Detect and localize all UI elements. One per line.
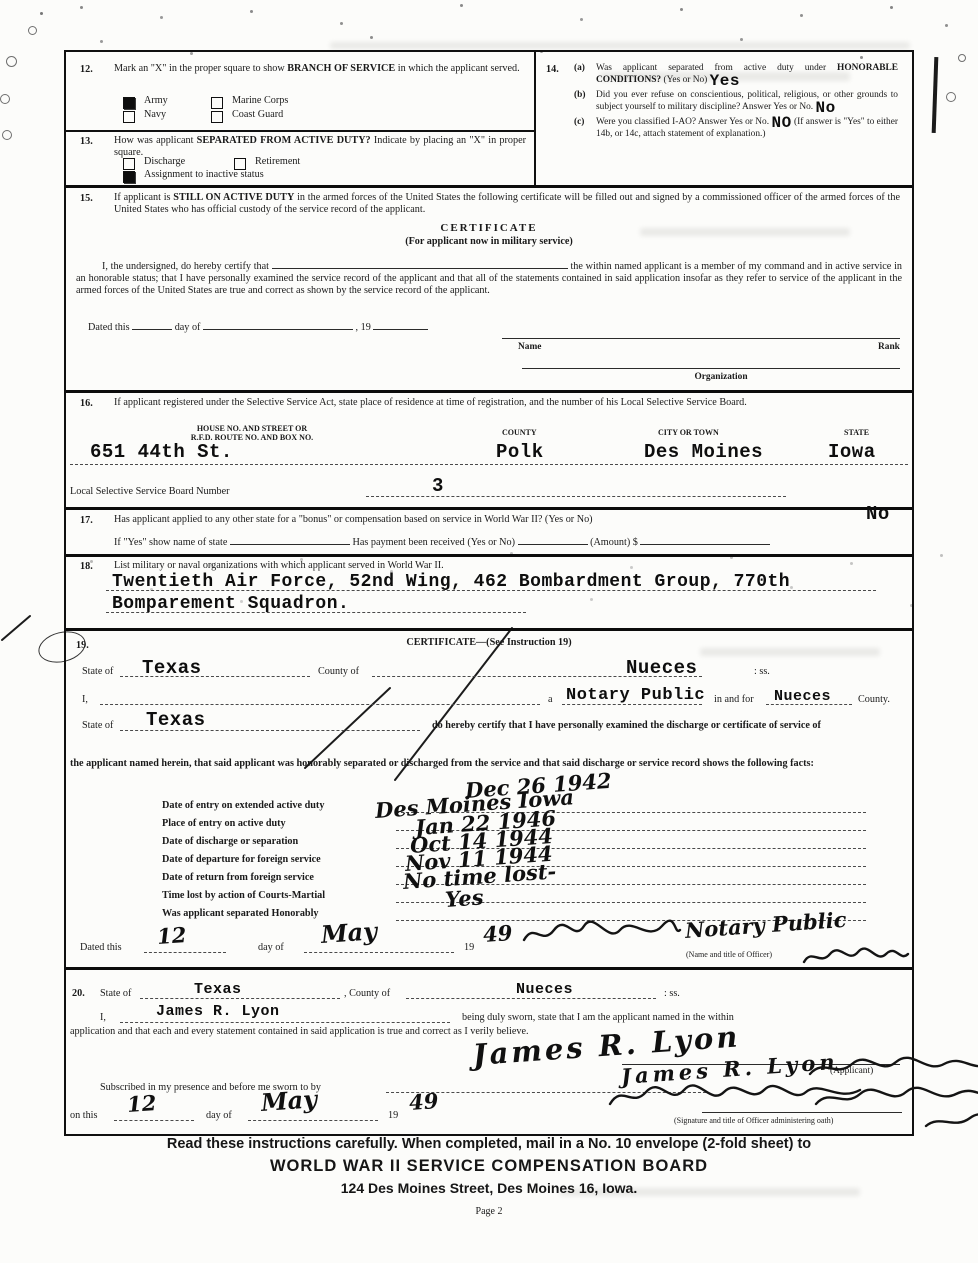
address-fill-line[interactable]: [70, 454, 908, 465]
q14-block: (a) Was applicant separated from active …: [574, 63, 898, 140]
q18-fill-line1[interactable]: [106, 588, 876, 591]
section-rule: [66, 967, 912, 970]
blank-state-name[interactable]: [230, 535, 350, 545]
q19-dated-month-line[interactable]: [304, 936, 454, 953]
q17-number: 17.: [80, 515, 93, 527]
name-rank-line[interactable]: [502, 328, 900, 339]
section-rule: [66, 628, 912, 631]
q19-title: CERTIFICATE—(See Instruction 19): [66, 637, 912, 649]
q20-on-this: on this: [70, 1110, 97, 1122]
footer-instruction: Read these instructions carefully. When …: [0, 1136, 978, 1152]
checkbox-navy[interactable]: [123, 111, 135, 123]
blank-month[interactable]: [203, 320, 353, 330]
footer-board-name: WORLD WAR II SERVICE COMPENSATION BOARD: [0, 1157, 978, 1176]
checkbox-discharge[interactable]: [123, 158, 135, 170]
q15-text: If applicant is STILL ON ACTIVE DUTY in …: [114, 192, 900, 216]
q15-number: 15.: [80, 193, 93, 205]
officer-name-title-label: (Name and title of Officer): [686, 950, 772, 959]
q20-county-label: , County of: [344, 988, 390, 1000]
q14-number: 14.: [546, 64, 559, 76]
q20-month-line[interactable]: [248, 1104, 378, 1121]
board-number-label: Local Selective Service Board Number: [70, 486, 230, 498]
section-rule: [66, 507, 912, 510]
q20-day-of: day of: [206, 1110, 232, 1122]
organization-label: Organization: [646, 372, 796, 384]
fact-label: Date of entry on extended active duty: [162, 800, 324, 812]
q20-sworn1: being duly sworn, state that I am the ap…: [462, 1012, 902, 1024]
section-rule: [66, 554, 912, 557]
checkbox-marine-corps-label: Marine Corps: [232, 95, 288, 107]
col-header-county: COUNTY: [502, 428, 537, 437]
q19-dated-year-pre: 19: [464, 942, 474, 954]
checkbox-army[interactable]: [123, 97, 135, 109]
q17-line2: If "Yes" show name of state Has payment …: [114, 535, 770, 549]
q19-dated-day-line[interactable]: [144, 936, 226, 953]
q20-state-value: Texas: [194, 982, 242, 998]
q20-ss: : ss.: [664, 988, 680, 1000]
blank-payment-received[interactable]: [518, 535, 588, 545]
q19-dated-year-hand: 49: [482, 920, 513, 947]
q19-state-value: Texas: [142, 658, 202, 678]
q19-ss: : ss.: [754, 666, 770, 678]
q18-fill-line2[interactable]: [106, 610, 526, 613]
blank-day[interactable]: [132, 320, 172, 330]
q19-state2-value: Texas: [146, 710, 206, 730]
q19-notary-name-line[interactable]: [100, 688, 540, 705]
board-number-value: 3: [432, 476, 444, 496]
q19-officer-type-line[interactable]: [562, 688, 702, 705]
checkbox-coast-guard-label: Coast Guard: [232, 109, 283, 121]
fact-label: Time lost by action of Courts-Martial: [162, 890, 325, 902]
checkbox-army-label: Army: [144, 95, 168, 107]
q14b-answer: No: [816, 99, 836, 117]
q16-text: If applicant registered under the Select…: [114, 397, 900, 409]
col-header-city: CITY OR TOWN: [658, 428, 719, 437]
q14c-answer: NO: [771, 114, 791, 132]
certify-paragraph: I, the undersigned, do hereby certify th…: [76, 259, 902, 297]
q13-number: 13.: [80, 136, 93, 148]
fact-value-handwritten: Yes: [444, 884, 484, 912]
q19-paragraph: the applicant named herein, that said ap…: [70, 758, 906, 770]
footer-address: 124 Des Moines Street, Des Moines 16, Io…: [0, 1180, 978, 1196]
section-rule: [66, 390, 912, 393]
checkbox-inactive-status-label: Assignment to inactive status: [144, 169, 264, 181]
scanned-form-page: 12. Mark an "X" in the proper square to …: [0, 0, 978, 1263]
certificate-subtitle: (For applicant now in military service): [66, 236, 912, 248]
officer-oath-label: (Signature and title of Officer administ…: [674, 1116, 833, 1125]
name-label: Name: [518, 342, 541, 354]
checkbox-retirement-label: Retirement: [255, 156, 300, 168]
q16-number: 16.: [80, 398, 93, 410]
certificate-title: CERTIFICATE: [66, 222, 912, 235]
checkbox-navy-label: Navy: [144, 109, 166, 121]
q20-state-label: State of: [100, 988, 131, 1000]
q20-year-hand: 49: [408, 1088, 439, 1115]
q20-year-pre: 19: [388, 1110, 398, 1122]
q14b: (b) Did you ever refuse on conscientious…: [574, 90, 898, 113]
q17-text: Has applicant applied to any other state…: [114, 514, 854, 526]
q12-text: Mark an "X" in the proper square to show…: [114, 63, 526, 75]
organization-line[interactable]: [522, 358, 900, 369]
checkbox-inactive-status[interactable]: [123, 171, 135, 183]
checkbox-marine-corps[interactable]: [211, 97, 223, 109]
fact-label: Was applicant separated Honorably: [162, 908, 319, 920]
col-header-address: HOUSE NO. AND STREET OR R.F.D. ROUTE NO.…: [122, 424, 382, 442]
q12-q13-rule: [66, 130, 534, 132]
q20-name-typed: James R. Lyon: [156, 1004, 280, 1020]
officer-signature-scribble: [522, 916, 682, 950]
section-rule: [66, 185, 912, 188]
q20-day-line[interactable]: [114, 1104, 194, 1121]
q18-label: List military or naval organizations wit…: [114, 560, 894, 572]
checkbox-coast-guard[interactable]: [211, 111, 223, 123]
q20-number: 20.: [72, 988, 85, 1000]
q19-county-value: Nueces: [626, 658, 697, 678]
fact-label: Date of departure for foreign service: [162, 854, 321, 866]
q19-county2-line[interactable]: [766, 688, 852, 705]
q15-dated-line: Dated this day of , 19: [88, 320, 428, 334]
q19-a-label: a: [548, 694, 553, 706]
q19-i-label: I,: [82, 694, 88, 706]
board-number-line[interactable]: [366, 480, 786, 497]
q12-number: 12.: [80, 64, 93, 76]
q19-county-word: County.: [858, 694, 890, 706]
blank-year[interactable]: [373, 320, 428, 330]
q17-answer: No: [866, 504, 890, 524]
blank-amount[interactable]: [640, 535, 770, 545]
form-body: 12. Mark an "X" in the proper square to …: [64, 50, 914, 1136]
q19-state2-label: State of: [82, 720, 113, 732]
q19-dated-mid: day of: [258, 942, 284, 954]
q19-in-and-for: in and for: [714, 694, 754, 706]
fact-label: Date of return from foreign service: [162, 872, 314, 884]
q14c: (c) Were you classified I-AO? Answer Yes…: [574, 117, 898, 140]
q14a: (a) Was applicant separated from active …: [574, 63, 898, 86]
q20-i-label: I,: [100, 1012, 106, 1024]
fact-label: Date of discharge or separation: [162, 836, 298, 848]
col-header-state: STATE: [844, 428, 869, 437]
q14a-answer: Yes: [710, 72, 740, 90]
q20-county-value: Nueces: [516, 982, 573, 998]
q19-dated-pre: Dated this: [80, 942, 122, 954]
q19-county-label: County of: [318, 666, 359, 678]
blank-applicant-name[interactable]: [272, 259, 568, 269]
page-number: Page 2: [0, 1206, 978, 1217]
q19-certify-text: do hereby certify that I have personally…: [432, 720, 902, 732]
checkbox-discharge-label: Discharge: [144, 156, 185, 168]
q18-number: 18.: [80, 561, 93, 573]
q19-state-label: State of: [82, 666, 113, 678]
fact-label: Place of entry on active duty: [162, 818, 286, 830]
rank-label: Rank: [878, 342, 900, 354]
column-divider: [534, 52, 536, 185]
officer-oath-line[interactable]: [702, 1104, 902, 1113]
